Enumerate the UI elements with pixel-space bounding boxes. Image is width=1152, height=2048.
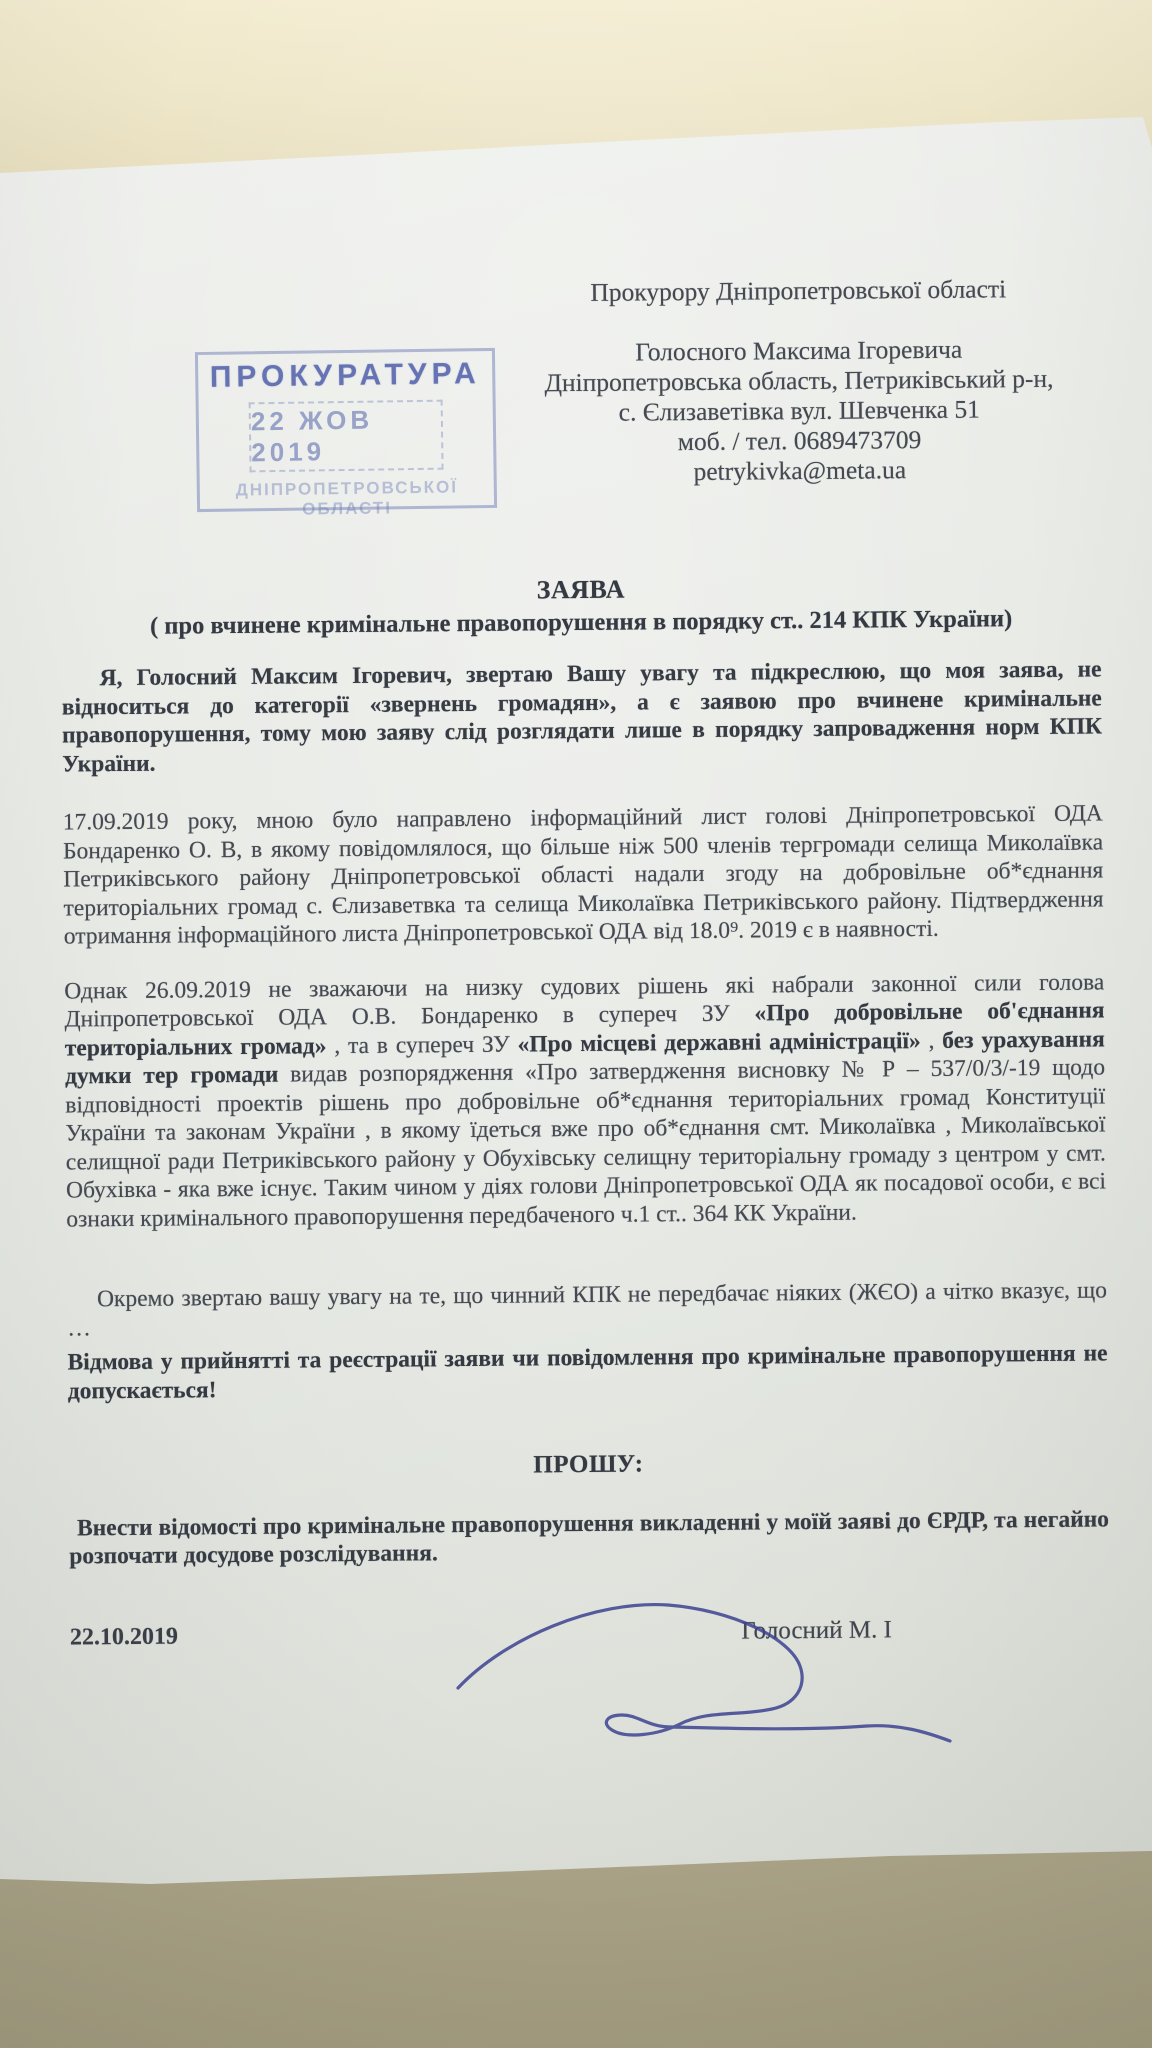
signature-date: 22.10.2019 xyxy=(70,1622,178,1651)
paragraph-note: Окремо звертаю вашу увагу на те, що чинн… xyxy=(67,1276,1107,1342)
paragraph-facts-2: Однак 26.09.2019 не зважаючи на низку су… xyxy=(64,968,1106,1234)
paragraph-bold-statement: Відмова у прийнятті та реєстрації заяви … xyxy=(67,1339,1107,1405)
letter-subtitle: ( про вчинене кримінальне правопорушення… xyxy=(61,603,1101,642)
request-heading: ПРОШУ: xyxy=(68,1446,1108,1484)
prosecutor-stamp: ПРОКУРАТУРА 22 ЖОВ 2019 ДНІПРОПЕТРОВСЬКО… xyxy=(195,348,497,512)
stamp-date-box: 22 ЖОВ 2019 xyxy=(249,400,444,473)
letter-content: Прокурору Дніпропетровської області Голо… xyxy=(56,0,1110,1651)
sender-block: Голосного Максима Ігоревича Дніпропетров… xyxy=(449,333,1150,489)
sender-email: petrykivka@meta.ua xyxy=(450,453,1150,489)
request-body: Внести відомості про кримінальне правопо… xyxy=(69,1505,1109,1571)
recipient-to: Прокурору Дніпропетровської області xyxy=(448,273,1148,309)
stamp-date: 22 ЖОВ 2019 xyxy=(251,404,442,469)
p3-text-2: , та в супереч ЗУ xyxy=(326,1031,517,1059)
paragraph-intro: Я, Голосний Максим Ігоревич, звертаю Ваш… xyxy=(61,655,1102,778)
stamp-region-label: ДНІПРОПЕТРОВСЬКОЇ ОБЛАСТІ xyxy=(200,477,495,521)
stamp-org-label: ПРОКУРАТУРА xyxy=(198,357,492,395)
handwritten-signature xyxy=(370,1576,1152,1786)
p3-text-3: , xyxy=(921,1027,943,1053)
p3-law-2: «Про місцеві державні адміністрації» xyxy=(517,1028,920,1058)
photo-background: Прокурору Дніпропетровської області Голо… xyxy=(0,0,1152,2048)
sender-region: Дніпропетровська область, Петриківський … xyxy=(449,363,1149,399)
paragraph-facts-1: 17.09.2019 року, мною було направлено ін… xyxy=(63,799,1104,951)
